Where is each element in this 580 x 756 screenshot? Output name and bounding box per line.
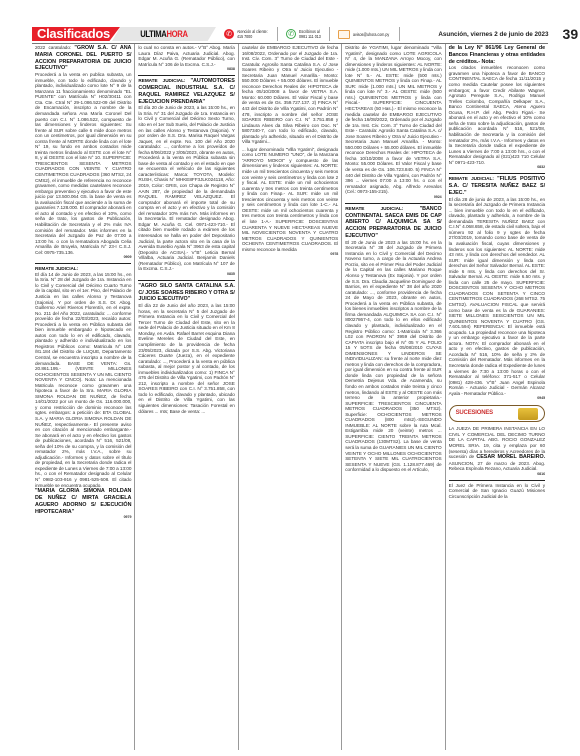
ad-lead: REMATE JUDICIAL: (138, 78, 190, 83)
column-4: Distrito de YGATIMI, lugar denominado "V… (341, 44, 444, 750)
ad-title: "AGRO SILO SANTA CATALINA S.A. C/ JOSE S… (138, 283, 234, 303)
contact-whatsapp: ✆ Escribinos al0981 111 013 (286, 27, 330, 41)
ad-body: El 20 de Junio de 2023 a las 15:00 hs. e… (345, 240, 441, 473)
ad-body: El día 14 de Junio de 2023, a las 15:00 … (35, 272, 131, 488)
classified-ad: cautelar de EMBARGO EJECUTIVO de fecha 1… (242, 45, 338, 147)
ad-lead: REMATE JUDICIAL: (449, 176, 498, 181)
ad-divider (449, 173, 545, 174)
classified-ad: ... lugar denominado "Villa Ygatimi", de… (242, 147, 338, 258)
ad-body: Procederá a la venta en publica subasta,… (35, 72, 131, 255)
classified-ad: REMATE JUDICIAL: "FILIUS POSITIVO S.A. C… (449, 176, 545, 402)
column-1: 2022 caratulado: "GROW S.A. C/ ANA MARIA… (32, 44, 134, 750)
ad-code: 0816 (449, 472, 545, 476)
classified-ad: de la Ley N° 861/96 Ley General de Banco… (449, 45, 545, 171)
whatsapp-icon: ✆ (286, 29, 296, 39)
ad-body: lo cual no consta en autos.- V°B° Abog. … (138, 45, 234, 67)
page-header: Clasificados ULTIMAHORA ✆ Atención al cl… (32, 27, 580, 41)
classified-ad: 2022 caratulado: "GROW S.A. C/ ANA MARIA… (35, 45, 131, 261)
ad-body: El día 22 de Junio del año 2023, a las 1… (138, 303, 234, 414)
section-label: SUCESIONES (456, 411, 493, 417)
logo-hora: HORA (167, 29, 188, 39)
ad-body: El día 20 de Junio de 2023, a las 15:00 … (138, 105, 234, 271)
ad-code: 0978 (242, 252, 338, 256)
classified-ad: REMATE JUDICIAL: El día 14 de Junio de 2… (35, 266, 131, 521)
ad-body: El día 28 de junio de 2023, a las 15:00 … (449, 197, 545, 397)
classified-ad: REMATE JUDICIAL: "AUTOMOTORES COMERCIAL … (138, 78, 234, 278)
envelope-icon (338, 30, 350, 39)
logo-text: ULTIMAHORA (140, 29, 187, 39)
phone-icon: ✆ (224, 29, 234, 39)
ad-code: 0924 (345, 195, 441, 199)
notice-tail: ASUNCION, 27 de marzo de 2023. Abog. Reb… (449, 461, 545, 472)
classified-ad: lo cual no consta en autos.- V°B° Abog. … (138, 45, 234, 73)
ad-body: cautelar de EMBARGO EJECUTIVO de fecha 1… (242, 45, 338, 145)
classified-ad: REMATE JUDICIAL: "BANCO CONTINENTAL SAEC… (345, 206, 441, 475)
notice-body: El Juez de Primera Instancia en lo Civil… (449, 483, 545, 499)
classified-ad: Distrito de YGATIMI, lugar denominado "V… (345, 45, 441, 201)
ad-title: de la Ley N° 861/96 Ley General de Banco… (449, 45, 545, 65)
ad-divider (138, 280, 234, 281)
classifieds-columns: 2022 caratulado: "GROW S.A. C/ ANA MARIA… (32, 44, 548, 750)
ad-lead: REMATE JUDICIAL: (345, 206, 419, 211)
ad-code: 0835 (138, 272, 234, 276)
ad-divider (345, 203, 441, 204)
section-title: Clasificados (32, 27, 120, 41)
ad-code: 0832 (449, 165, 545, 169)
ad-code: 0979 (35, 515, 131, 519)
ad-body: ... lugar denominado "Villa Ygatimi", de… (242, 147, 338, 252)
ad-divider (138, 75, 234, 76)
contact-email[interactable]: avisos@uhora.com.py (338, 27, 401, 41)
ad-divider (35, 263, 131, 264)
succession-notice: LA JUEZA DE PRIMERA INSTANCIA EN LO CIVI… (449, 426, 545, 478)
ad-lead: REMATE JUDICIAL: (35, 266, 78, 271)
column-3: cautelar de EMBARGO EJECUTIVO de fecha 1… (238, 44, 341, 750)
logo-ultima: ULTIMA (140, 29, 166, 39)
ad-body: Distrito de YGATIMI, lugar denominado "V… (345, 45, 441, 195)
ad-title: "MARIA GLORIA SIMONA ROLDAN DE NUÑEZ C/ … (35, 488, 131, 514)
publication-date: Asunción, viernes 2 de junio de 2023 (438, 31, 548, 38)
people-group-icon (518, 408, 538, 420)
section-header-sucesiones: SUCESIONES (449, 405, 545, 422)
succession-notice: El Juez de Primera Instancia en lo Civil… (449, 483, 545, 502)
contact-email-address[interactable]: avisos@uhora.com.py (353, 32, 389, 37)
contact-phone: ✆ Atención al cliente:415 7000 (224, 27, 278, 41)
newspaper-logo: ULTIMAHORA (112, 27, 216, 41)
notice-name: CESAR MOREL BAREIRO. (476, 454, 545, 460)
ad-divider (449, 480, 545, 481)
ad-code: 0838 (138, 67, 234, 71)
ad-code: 0909 (35, 255, 131, 259)
page-number: 39 (563, 26, 579, 42)
ad-body: Los citados inmuebles reconocen como gra… (449, 65, 545, 165)
ad-lead: 2022 caratulado: (35, 45, 74, 50)
contact-phone-value: 415 7000 (237, 34, 252, 39)
column-5: de la Ley N° 861/96 Ley General de Banco… (445, 44, 548, 750)
column-2: lo cual no consta en autos.- V°B° Abog. … (134, 44, 237, 750)
ad-code: 0945 (449, 396, 545, 400)
classified-ad: "AGRO SILO SANTA CATALINA S.A. C/ JOSE S… (138, 283, 234, 416)
contact-whatsapp-value: 0981 111 013 (299, 34, 321, 39)
